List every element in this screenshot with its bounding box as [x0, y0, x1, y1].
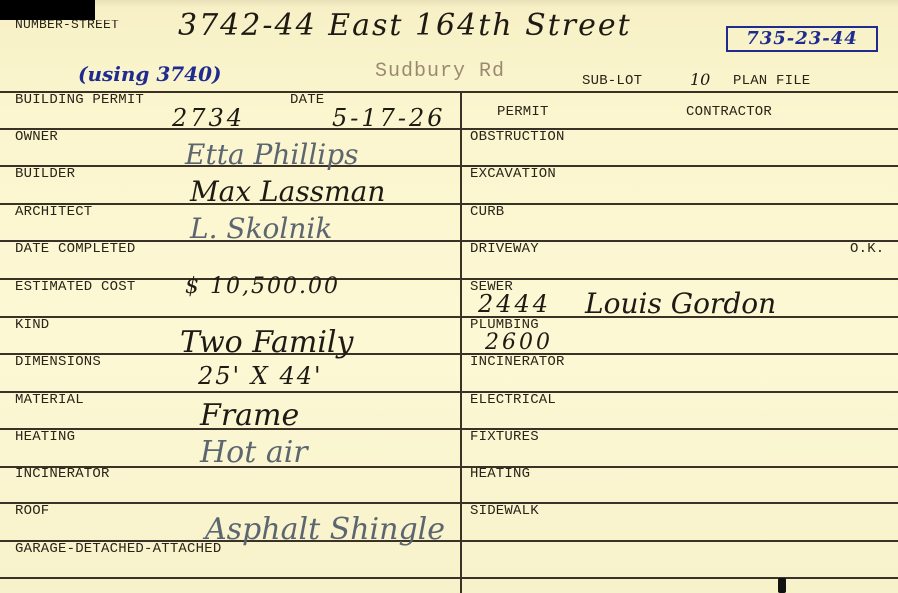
card-clip	[778, 578, 786, 593]
label-estimated-cost: ESTIMATED COST	[15, 279, 135, 295]
paper-edge	[95, 0, 898, 8]
using-note: (using 3740)	[78, 62, 221, 86]
driveway-ok-note: O.K.	[850, 241, 884, 257]
label-driveway: DRIVEWAY	[470, 241, 539, 257]
rule	[0, 502, 898, 504]
label-incinerator: INCINERATOR	[15, 466, 110, 482]
value-estimated-cost: $ 10,500.00	[185, 276, 405, 298]
sewer-permit-number: 2444	[478, 290, 551, 318]
sub-lot-label: SUB-LOT	[582, 73, 642, 89]
permit-card: NUMBER-STREET 3742-44 East 164th Street …	[0, 0, 898, 593]
value-builder: Max Lassman	[190, 175, 385, 208]
rule	[0, 466, 898, 468]
label-heating-permit: HEATING	[470, 466, 530, 482]
value-roof: Asphalt Shingle	[205, 512, 445, 547]
address-handwritten: 3742-44 East 164th Street	[178, 8, 632, 43]
label-obstruction: OBSTRUCTION	[470, 129, 565, 145]
label-date: DATE	[290, 92, 324, 108]
label-garage: GARAGE-DETACHED-ATTACHED	[15, 541, 221, 557]
value-heating: Hot air	[200, 435, 308, 470]
label-architect: ARCHITECT	[15, 204, 92, 220]
value-material: Frame	[200, 398, 299, 433]
rule	[0, 391, 898, 393]
label-owner: OWNER	[15, 129, 58, 145]
rule	[0, 165, 898, 167]
column-divider	[460, 91, 462, 593]
rule	[0, 203, 898, 205]
label-date-completed: DATE COMPLETED	[15, 241, 135, 257]
cross-street-stamp: Sudbury Rd	[375, 60, 505, 83]
redaction-block	[0, 0, 95, 20]
label-electrical: ELECTRICAL	[470, 392, 556, 408]
label-dimensions: DIMENSIONS	[15, 354, 101, 370]
value-owner: Etta Phillips	[185, 138, 359, 171]
label-incinerator-permit: INCINERATOR	[470, 354, 565, 370]
label-roof: ROOF	[15, 503, 49, 519]
label-builder: BUILDER	[15, 166, 75, 182]
label-excavation: EXCAVATION	[470, 166, 556, 182]
parcel-number-box: 735-23-44	[726, 26, 878, 52]
label-kind: KIND	[15, 317, 49, 333]
plan-file-label: PLAN FILE	[733, 73, 810, 89]
label-building-permit: BUILDING PERMIT	[15, 92, 144, 108]
value-architect: L. Skolnik	[190, 212, 332, 245]
plumbing-permit-number: 2600	[485, 330, 553, 355]
label-curb: CURB	[470, 204, 504, 220]
rule	[0, 128, 898, 130]
label-material: MATERIAL	[15, 392, 84, 408]
label-sidewalk: SIDEWALK	[470, 503, 539, 519]
sewer-contractor: Louis Gordon	[585, 287, 776, 320]
value-kind: Two Family	[180, 325, 353, 360]
rule	[0, 428, 898, 430]
permit-column-header: PERMIT	[497, 104, 549, 120]
contractor-column-header: CONTRACTOR	[686, 104, 772, 120]
value-dimensions: 25' X 44'	[198, 362, 323, 390]
rule	[0, 353, 898, 355]
value-date: 5-17-26	[332, 104, 446, 132]
label-fixtures: FIXTURES	[470, 429, 539, 445]
rule	[0, 577, 898, 579]
sub-lot-value: 10	[690, 70, 710, 89]
label-heating: HEATING	[15, 429, 75, 445]
value-building-permit: 2734	[172, 104, 245, 132]
